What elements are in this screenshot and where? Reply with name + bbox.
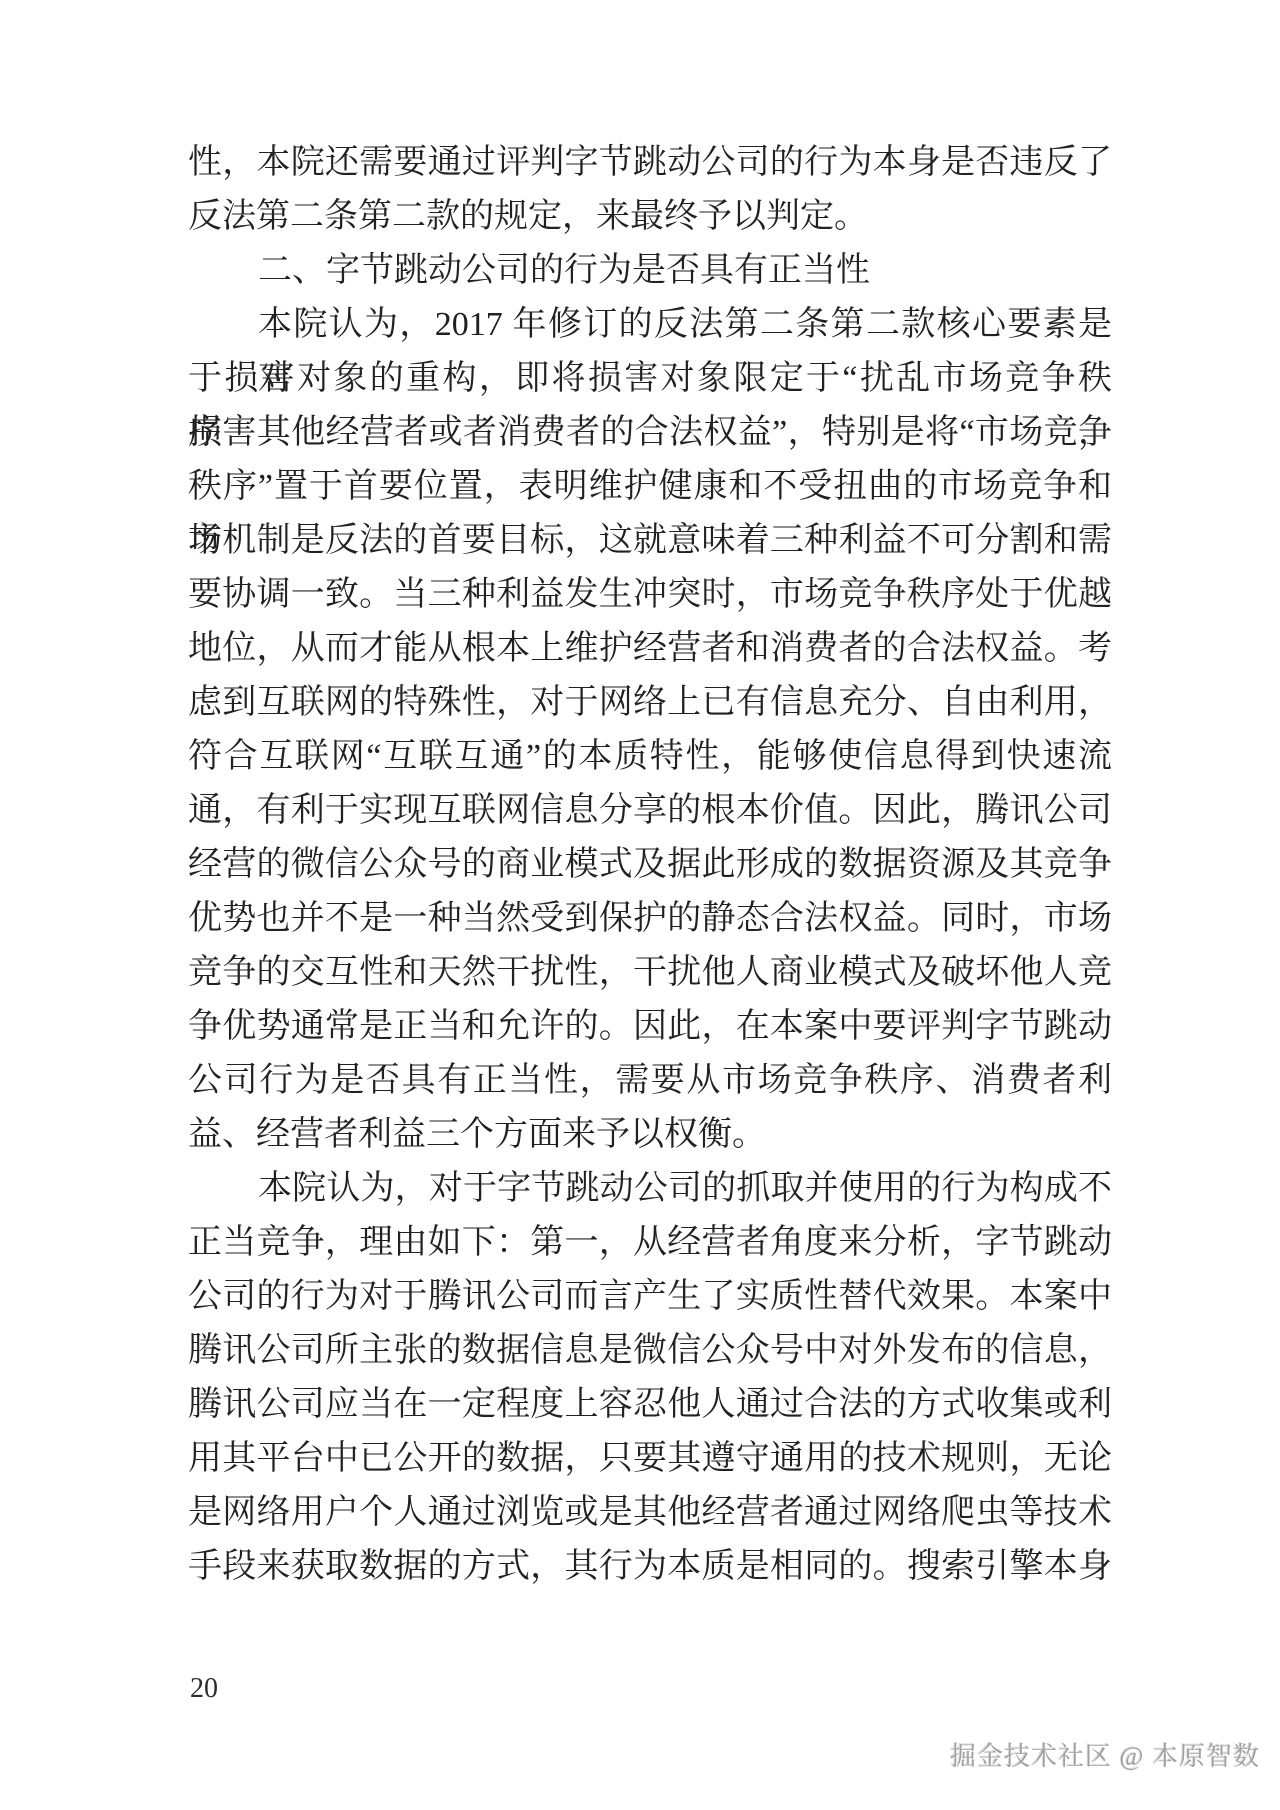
text-line: 本院认为，对于字节跳动公司的抓取并使用的行为构成不 — [188, 1162, 1112, 1216]
text-line: 地位，从而才能从根本上维护经营者和消费者的合法权益。考 — [188, 622, 1112, 676]
text-line: 反法第二条第二款的规定，来最终予以判定。 — [188, 190, 1112, 244]
text-line: 于损害对象的重构，即将损害对象限定于“扰乱市场竞争秩序， — [188, 352, 1112, 406]
text-line: 秩序”置于首要位置，表明维护健康和不受扭曲的市场竞争和市 — [188, 460, 1112, 514]
text-line: 通，有利于实现互联网信息分享的根本价值。因此，腾讯公司 — [188, 784, 1112, 838]
text-line: 公司的行为对于腾讯公司而言产生了实质性替代效果。本案中 — [188, 1270, 1112, 1324]
text-line: 损害其他经营者或者消费者的合法权益”，特别是将“市场竞争 — [188, 406, 1112, 460]
text-line: 符合互联网“互联互通”的本质特性，能够使信息得到快速流 — [188, 730, 1112, 784]
text-line: 腾讯公司应当在一定程度上容忍他人通过合法的方式收集或利 — [188, 1378, 1112, 1432]
text-line: 要协调一致。当三种利益发生冲突时，市场竞争秩序处于优越 — [188, 568, 1112, 622]
text-line: 益、经营者利益三个方面来予以权衡。 — [188, 1108, 1112, 1162]
text-line: 腾讯公司所主张的数据信息是微信公众号中对外发布的信息， — [188, 1324, 1112, 1378]
text-line: 公司行为是否具有正当性，需要从市场竞争秩序、消费者利 — [188, 1054, 1112, 1108]
text-line: 虑到互联网的特殊性，对于网络上已有信息充分、自由利用， — [188, 676, 1112, 730]
text-line: 竞争的交互性和天然干扰性，干扰他人商业模式及破坏他人竞 — [188, 946, 1112, 1000]
text-line: 经营的微信公众号的商业模式及据此形成的数据资源及其竞争 — [188, 838, 1112, 892]
text-line: 本院认为，2017 年修订的反法第二条第二款核心要素是对 — [188, 298, 1112, 352]
text-line: 手段来获取数据的方式，其行为本质是相同的。搜索引擎本身 — [188, 1540, 1112, 1594]
text-line: 是网络用户个人通过浏览或是其他经营者通过网络爬虫等技术 — [188, 1486, 1112, 1540]
text-line: 争优势通常是正当和允许的。因此，在本案中要评判字节跳动 — [188, 1000, 1112, 1054]
text-line: 正当竞争，理由如下：第一，从经营者角度来分析，字节跳动 — [188, 1216, 1112, 1270]
page-number: 20 — [190, 1672, 218, 1706]
judgment-body-text: 性，本院还需要通过评判字节跳动公司的行为本身是否违反了反法第二条第二款的规定，来… — [188, 136, 1112, 1594]
text-line: 二、字节跳动公司的行为是否具有正当性 — [188, 244, 1112, 298]
text-line: 优势也并不是一种当然受到保护的静态合法权益。同时，市场 — [188, 892, 1112, 946]
judgment-document-page: 性，本院还需要通过评判字节跳动公司的行为本身是否违反了反法第二条第二款的规定，来… — [0, 0, 1280, 1810]
text-line: 性，本院还需要通过评判字节跳动公司的行为本身是否违反了 — [188, 136, 1112, 190]
text-line: 场机制是反法的首要目标，这就意味着三种利益不可分割和需 — [188, 514, 1112, 568]
watermark: 掘金技术社区 @ 本原智数 — [950, 1740, 1260, 1774]
text-line: 用其平台中已公开的数据，只要其遵守通用的技术规则，无论 — [188, 1432, 1112, 1486]
